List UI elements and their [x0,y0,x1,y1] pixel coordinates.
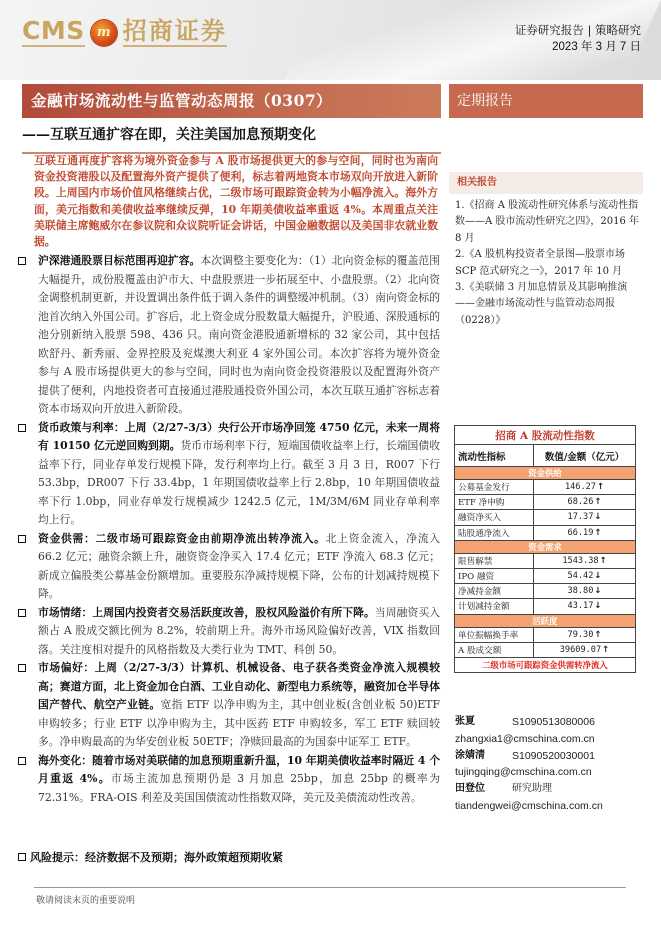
analyst-name: 涂婧清 [455,748,512,765]
report-category: 证券研究报告 | 策略研究 [515,22,641,39]
key-point-heading: 市场情绪：上周国内投资者交易活跃度改善，股权风险溢价有所下降。 [38,606,375,619]
risk-warning: 风险提示：经济数据不及预期；海外政策超预期收紧 [18,849,283,865]
key-point: 市场偏好：上周（2/27-3/3）计算机、机械设备、电子获各类资金净流入规模较高… [18,659,440,752]
metric-value: 39609.07↑ [534,642,636,657]
arrow-down-icon: ↓ [594,571,601,581]
arrow-down-icon: ↓ [594,512,601,522]
table-row: 陆股通净流入 66.19↑ [455,525,636,540]
report-date: 2023 年 3 月 7 日 [515,39,641,56]
section-label: 资金需求 [455,540,636,553]
analyst-role: 研究助理 [512,781,552,798]
report-subtitle: ——互联互通扩容在即，关注美国加息预期变化 [22,124,316,144]
related-reports-heading: 相关报告 [449,172,643,194]
metric-value: 17.37↓ [534,510,636,525]
table-footer-row: 二级市场可跟踪资金供需转净流入 [455,657,636,672]
table-row: 公募基金发行 146.27↑ [455,480,636,495]
table-section-row: 资金需求 [455,540,636,553]
metric-label: IPO 融资 [455,568,534,583]
metric-label: 限售解禁 [455,553,534,568]
analyst-row: 涂婧清 S1090520030001 [455,748,645,765]
key-point: 市场情绪：上周国内投资者交易活跃度改善，股权风险溢价有所下降。当周融资买入额占 … [18,604,440,660]
metric-label: ETF 净申购 [455,495,534,510]
metric-label: 公募基金发行 [455,480,534,495]
logo-en-text: CMS [22,18,85,47]
arrow-up-icon: ↑ [602,645,609,655]
column-header: 数值/金额（亿元） [534,445,636,467]
table-section-row: 资金供给 [455,467,636,480]
metric-label: A 股成交额 [455,642,534,657]
metric-label: 融资净买入 [455,510,534,525]
analyst-name: 张夏 [455,714,512,731]
metric-value: 146.27↑ [534,480,636,495]
analyst-row: 张夏 S1090513080006 [455,714,645,731]
metric-label: 陆股通净流入 [455,525,534,540]
cms-logo: CMS m 招商证券 [22,18,227,47]
metric-value: 1543.38↑ [534,553,636,568]
arrow-down-icon: ↓ [594,601,601,611]
metric-value: 54.42↓ [534,568,636,583]
key-point: 海外变化：随着市场对美联储的加息预期重新升温，10 年期美债收益率时隔近 4 个… [18,752,440,808]
checkbox-square-icon [18,664,26,672]
metric-label: 单位振幅换手率 [455,627,534,642]
analyst-email[interactable]: tiandengwei@cmschina.com.cn [455,798,645,815]
related-report-item[interactable]: 2.《A 股机构投资者全景图—股票市场 SCP 范式研究之一》，2017 年 1… [455,247,643,280]
arrow-down-icon: ↓ [594,586,601,596]
logo-cn-text: 招商证券 [123,18,227,47]
report-header: CMS m 招商证券 证券研究报告 | 策略研究 2023 年 3 月 7 日 [0,0,661,80]
key-point: 沪深港通股票目标范围再迎扩容。本次调整主要变化为：（1）北向资金标的覆盖范围大幅… [18,252,440,419]
table-row: A 股成交额 39609.07↑ [455,642,636,657]
checkbox-square-icon [18,609,26,617]
related-report-item[interactable]: 1.《招商 A 股流动性研究体系与流动性指数——A 股市流动性研究之四》，201… [455,198,643,247]
checkbox-square-icon [18,853,26,861]
analyst-email[interactable]: tujingqing@cmschina.com.cn [455,764,645,781]
arrow-up-icon: ↑ [594,528,601,538]
arrow-up-icon: ↑ [597,482,604,492]
report-title: 金融市场流动性与监管动态周报（0307） [22,84,441,118]
key-point-heading: 资金供需：二级市场可跟踪资金由前期净流出转净流入。 [38,532,326,545]
table-row: 单位振幅换手率 79.30↑ [455,627,636,642]
risk-warning-text: 风险提示：经济数据不及预期；海外政策超预期收紧 [30,851,283,864]
report-type-badge: 定期报告 [449,84,643,118]
liquidity-index-table: 招商 A 股流动性指数 流动性指标 数值/金额（亿元） 资金供给 公募基金发行 … [454,425,636,673]
analyst-email[interactable]: zhangxia1@cmschina.com.cn [455,731,645,748]
metric-label: 净减持金额 [455,584,534,599]
table-row: 限售解禁 1543.38↑ [455,553,636,568]
key-point-text: 本次调整主要变化为：（1）北向资金标的覆盖范围大幅提升，成份股覆盖由沪市大、中盘… [38,254,440,415]
section-label: 资金供给 [455,467,636,480]
header-meta: 证券研究报告 | 策略研究 2023 年 3 月 7 日 [515,22,641,56]
metric-value: 68.26↑ [534,495,636,510]
checkbox-square-icon [18,535,26,543]
table-section-row: 活跃度 [455,614,636,627]
footer-divider [34,887,626,888]
column-header: 流动性指标 [455,445,534,467]
key-point-heading: 沪深港通股票目标范围再迎扩容。 [38,254,200,267]
table-header-row: 流动性指标 数值/金额（亿元） [455,445,636,467]
metric-value: 66.19↑ [534,525,636,540]
logo-badge-icon: m [91,20,117,46]
metric-value: 43.17↓ [534,599,636,614]
analyst-name: 田登位 [455,781,512,798]
metric-label: 计划减持金额 [455,599,534,614]
key-point: 资金供需：二级市场可跟踪资金由前期净流出转净流入。北上资金流入，净流入 66.2… [18,530,440,604]
arrow-up-icon: ↑ [600,556,607,566]
metric-value: 38.80↓ [534,584,636,599]
analyst-cert-id: S1090520030001 [512,748,595,765]
table-row: IPO 融资 54.42↓ [455,568,636,583]
related-reports-list: 1.《招商 A 股流动性研究体系与流动性指数——A 股市流动性研究之四》，201… [455,198,643,329]
analyst-list: 张夏 S1090513080006 zhangxia1@cmschina.com… [455,714,645,815]
key-point: 货币政策与利率：上周（2/27-3/3）央行公开市场净回笼 4750 亿元，未来… [18,419,440,530]
arrow-up-icon: ↑ [594,630,601,640]
footer-note: 敬请阅读末页的重要说明 [36,893,135,906]
section-label: 活跃度 [455,614,636,627]
summary-paragraph: 互联互通再度扩容将为境外资金参与 A 股市场提供更大的参与空间，同时也为南向资金… [34,153,438,250]
analyst-cert-id: S1090513080006 [512,714,595,731]
key-point-text: 货币市场利率下行，短端国债收益率上行，长端国债收益率下行，同业存单发行规模下降，… [38,439,440,526]
arrow-up-icon: ↑ [594,497,601,507]
table-row: 融资净买入 17.37↓ [455,510,636,525]
table-row: 净减持金额 38.80↓ [455,584,636,599]
table-row: 计划减持金额 43.17↓ [455,599,636,614]
checkbox-square-icon [18,757,26,765]
checkbox-square-icon [18,424,26,432]
table-title: 招商 A 股流动性指数 [455,426,636,445]
related-report-item[interactable]: 3.《美联储 3 月加息情景及其影响推演——金融市场流动性与监管动态周报（022… [455,280,643,329]
checkbox-square-icon [18,257,26,265]
table-row: ETF 净申购 68.26↑ [455,495,636,510]
metric-value: 79.30↑ [534,627,636,642]
analyst-row: 田登位 研究助理 [455,781,645,798]
table-conclusion: 二级市场可跟踪资金供需转净流入 [455,657,636,672]
key-points-list: 沪深港通股票目标范围再迎扩容。本次调整主要变化为：（1）北向资金标的覆盖范围大幅… [18,252,440,807]
